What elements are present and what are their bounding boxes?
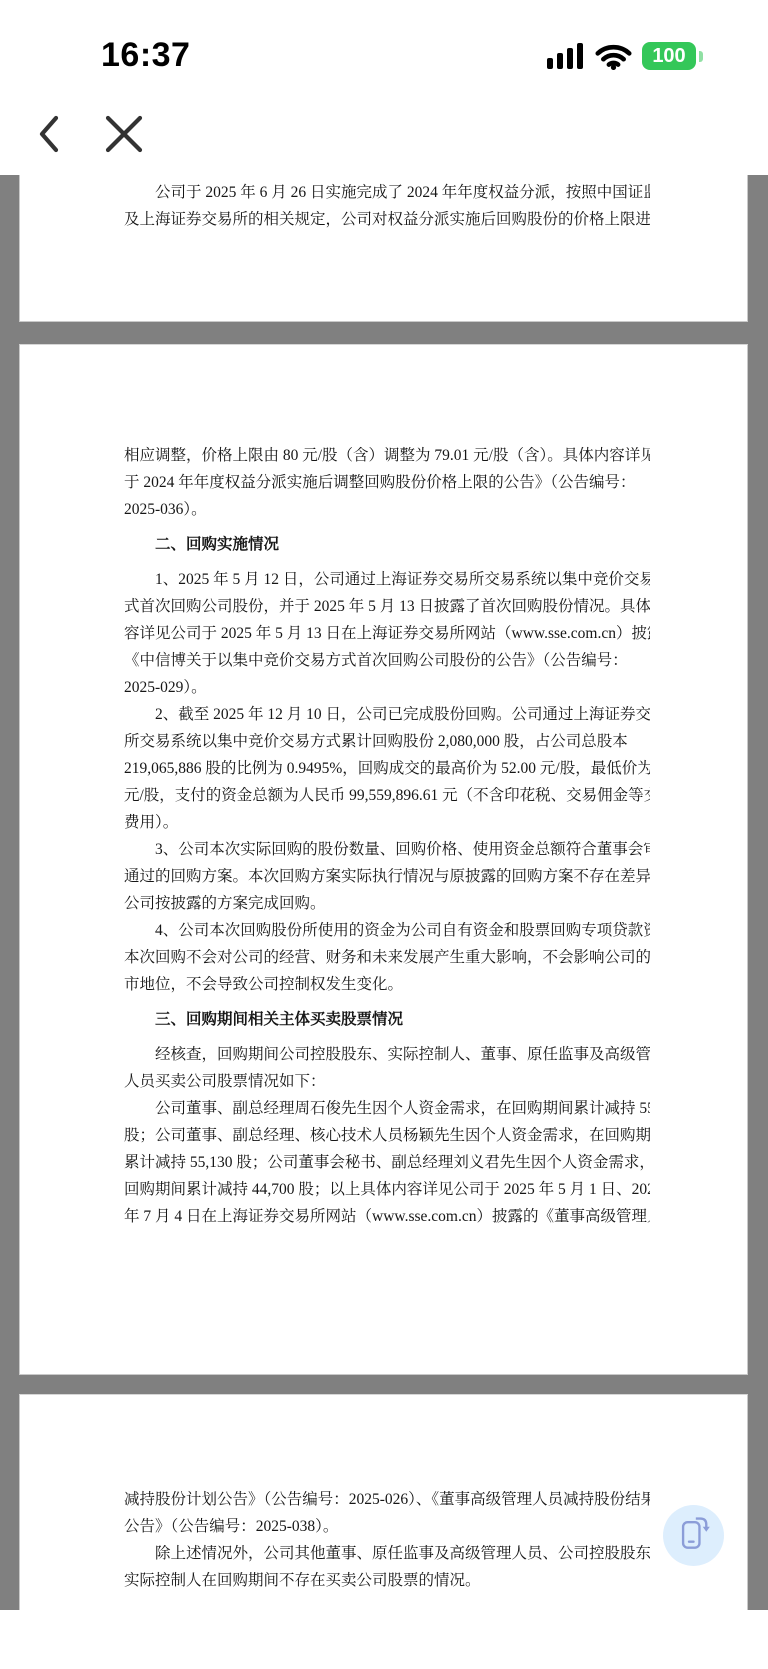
text-line: 所交易系统以集中竞价交易方式累计回购股份 2,080,000 股，占公司总股本	[124, 728, 650, 755]
text-line: 于 2024 年年度权益分派实施后调整回购股份价格上限的公告》（公告编号：	[124, 469, 650, 496]
status-bar-time: 16:37	[101, 36, 190, 75]
text-line: 本次回购不会对公司的经营、财务和未来发展产生重大影响，不会影响公司的上	[124, 944, 650, 971]
close-icon	[104, 142, 144, 157]
text-line: 公司于 2025 年 6 月 26 日实施完成了 2024 年年度权益分派，按照…	[124, 179, 650, 206]
paragraph: 2、截至 2025 年 12 月 10 日，公司已完成股份回购。公司通过上海证券…	[124, 701, 650, 836]
chevron-left-icon	[37, 142, 61, 157]
section-heading: 二、回购实施情况	[124, 531, 650, 558]
paragraph: 相应调整，价格上限由 80 元/股（含）调整为 79.01 元/股（含）。具体内…	[124, 442, 650, 523]
text-line: 及上海证券交易所的相关规定，公司对权益分派实施后回购股份的价格上限进行	[124, 206, 650, 233]
document-scroll-area[interactable]: 公司于 2025 年 6 月 26 日实施完成了 2024 年年度权益分派，按照…	[0, 175, 768, 1610]
text-line: 实际控制人在回购期间不存在买卖公司股票的情况。	[124, 1567, 650, 1594]
text-line: 4、公司本次回购股份所使用的资金为公司自有资金和股票回购专项贷款资金，	[124, 917, 650, 944]
text-line: 公司董事、副总经理周石俊先生因个人资金需求，在回购期间累计减持 55,130	[124, 1095, 650, 1122]
cellular-signal-icon	[547, 43, 583, 69]
text-line: 2、截至 2025 年 12 月 10 日，公司已完成股份回购。公司通过上海证券…	[124, 701, 650, 728]
section-heading: 三、回购期间相关主体买卖股票情况	[124, 1006, 650, 1033]
text-line: 减持股份计划公告》（公告编号：2025-026）、《董事高级管理人员减持股份结果	[124, 1486, 650, 1513]
text-line: 市地位，不会导致公司控制权发生变化。	[124, 971, 650, 998]
paragraph: 公司于 2025 年 6 月 26 日实施完成了 2024 年年度权益分派，按照…	[124, 179, 650, 233]
text-line: 219,065,886 股的比例为 0.9495%，回购成交的最高价为 52.0…	[124, 755, 650, 782]
text-line: 经核查，回购期间公司控股股东、实际控制人、董事、原任监事及高级管理	[124, 1041, 650, 1068]
text-line: 2025-029）。	[124, 674, 650, 701]
text-line: 除上述情况外，公司其他董事、原任监事及高级管理人员、公司控股股东、	[124, 1540, 650, 1567]
text-line: 公司按披露的方案完成回购。	[124, 890, 650, 917]
wifi-icon	[595, 42, 632, 75]
paragraph: 3、公司本次实际回购的股份数量、回购价格、使用资金总额符合董事会审议通过的回购方…	[124, 836, 650, 917]
battery-tip	[699, 51, 703, 62]
text-line: 3、公司本次实际回购的股份数量、回购价格、使用资金总额符合董事会审议	[124, 836, 650, 863]
text-line: 股；公司董事、副总经理、核心技术人员杨颖先生因个人资金需求，在回购期间	[124, 1122, 650, 1149]
document-page: 公司于 2025 年 6 月 26 日实施完成了 2024 年年度权益分派，按照…	[19, 175, 748, 322]
text-line: 式首次回购公司股份，并于 2025 年 5 月 13 日披露了首次回购股份情况。…	[124, 593, 650, 620]
rotate-screen-button[interactable]	[663, 1505, 724, 1566]
text-line: 费用）。	[124, 809, 650, 836]
close-button[interactable]	[101, 112, 147, 158]
back-button[interactable]	[32, 112, 66, 158]
text-line: 《中信博关于以集中竞价交易方式首次回购公司股份的公告》（公告编号：	[124, 647, 650, 674]
text-line: 年 7 月 4 日在上海证券交易所网站（www.sse.com.cn）披露的《董…	[124, 1203, 650, 1230]
paragraph: 4、公司本次回购股份所使用的资金为公司自有资金和股票回购专项贷款资金，本次回购不…	[124, 917, 650, 998]
text-line: 元/股，支付的资金总额为人民币 99,559,896.61 元（不含印花税、交易…	[124, 782, 650, 809]
text-line: 累计减持 55,130 股；公司董事会秘书、副总经理刘义君先生因个人资金需求，在	[124, 1149, 650, 1176]
text-line: 公告》（公告编号：2025-038）。	[124, 1513, 650, 1540]
battery-indicator: 100	[642, 42, 696, 70]
text-line: 2025-036）。	[124, 496, 650, 523]
text-line: 通过的回购方案。本次回购方案实际执行情况与原披露的回购方案不存在差异，	[124, 863, 650, 890]
document-page: 减持股份计划公告》（公告编号：2025-026）、《董事高级管理人员减持股份结果…	[19, 1394, 748, 1610]
text-line: 人员买卖公司股票情况如下：	[124, 1068, 650, 1095]
text-line: 1、2025 年 5 月 12 日，公司通过上海证券交易所交易系统以集中竞价交易…	[124, 566, 650, 593]
paragraph: 公司董事、副总经理周石俊先生因个人资金需求，在回购期间累计减持 55,130股；…	[124, 1095, 650, 1230]
rotate-phone-icon	[674, 1514, 714, 1557]
paragraph: 经核查，回购期间公司控股股东、实际控制人、董事、原任监事及高级管理人员买卖公司股…	[124, 1041, 650, 1095]
document-page: 相应调整，价格上限由 80 元/股（含）调整为 79.01 元/股（含）。具体内…	[19, 344, 748, 1375]
text-line: 容详见公司于 2025 年 5 月 13 日在上海证券交易所网站（www.sse…	[124, 620, 650, 647]
paragraph: 减持股份计划公告》（公告编号：2025-026）、《董事高级管理人员减持股份结果…	[124, 1486, 650, 1540]
text-line: 相应调整，价格上限由 80 元/股（含）调整为 79.01 元/股（含）。具体内…	[124, 442, 650, 469]
paragraph: 1、2025 年 5 月 12 日，公司通过上海证券交易所交易系统以集中竞价交易…	[124, 566, 650, 701]
paragraph: 除上述情况外，公司其他董事、原任监事及高级管理人员、公司控股股东、实际控制人在回…	[124, 1540, 650, 1594]
text-line: 回购期间累计减持 44,700 股；以上具体内容详见公司于 2025 年 5 月…	[124, 1176, 650, 1203]
